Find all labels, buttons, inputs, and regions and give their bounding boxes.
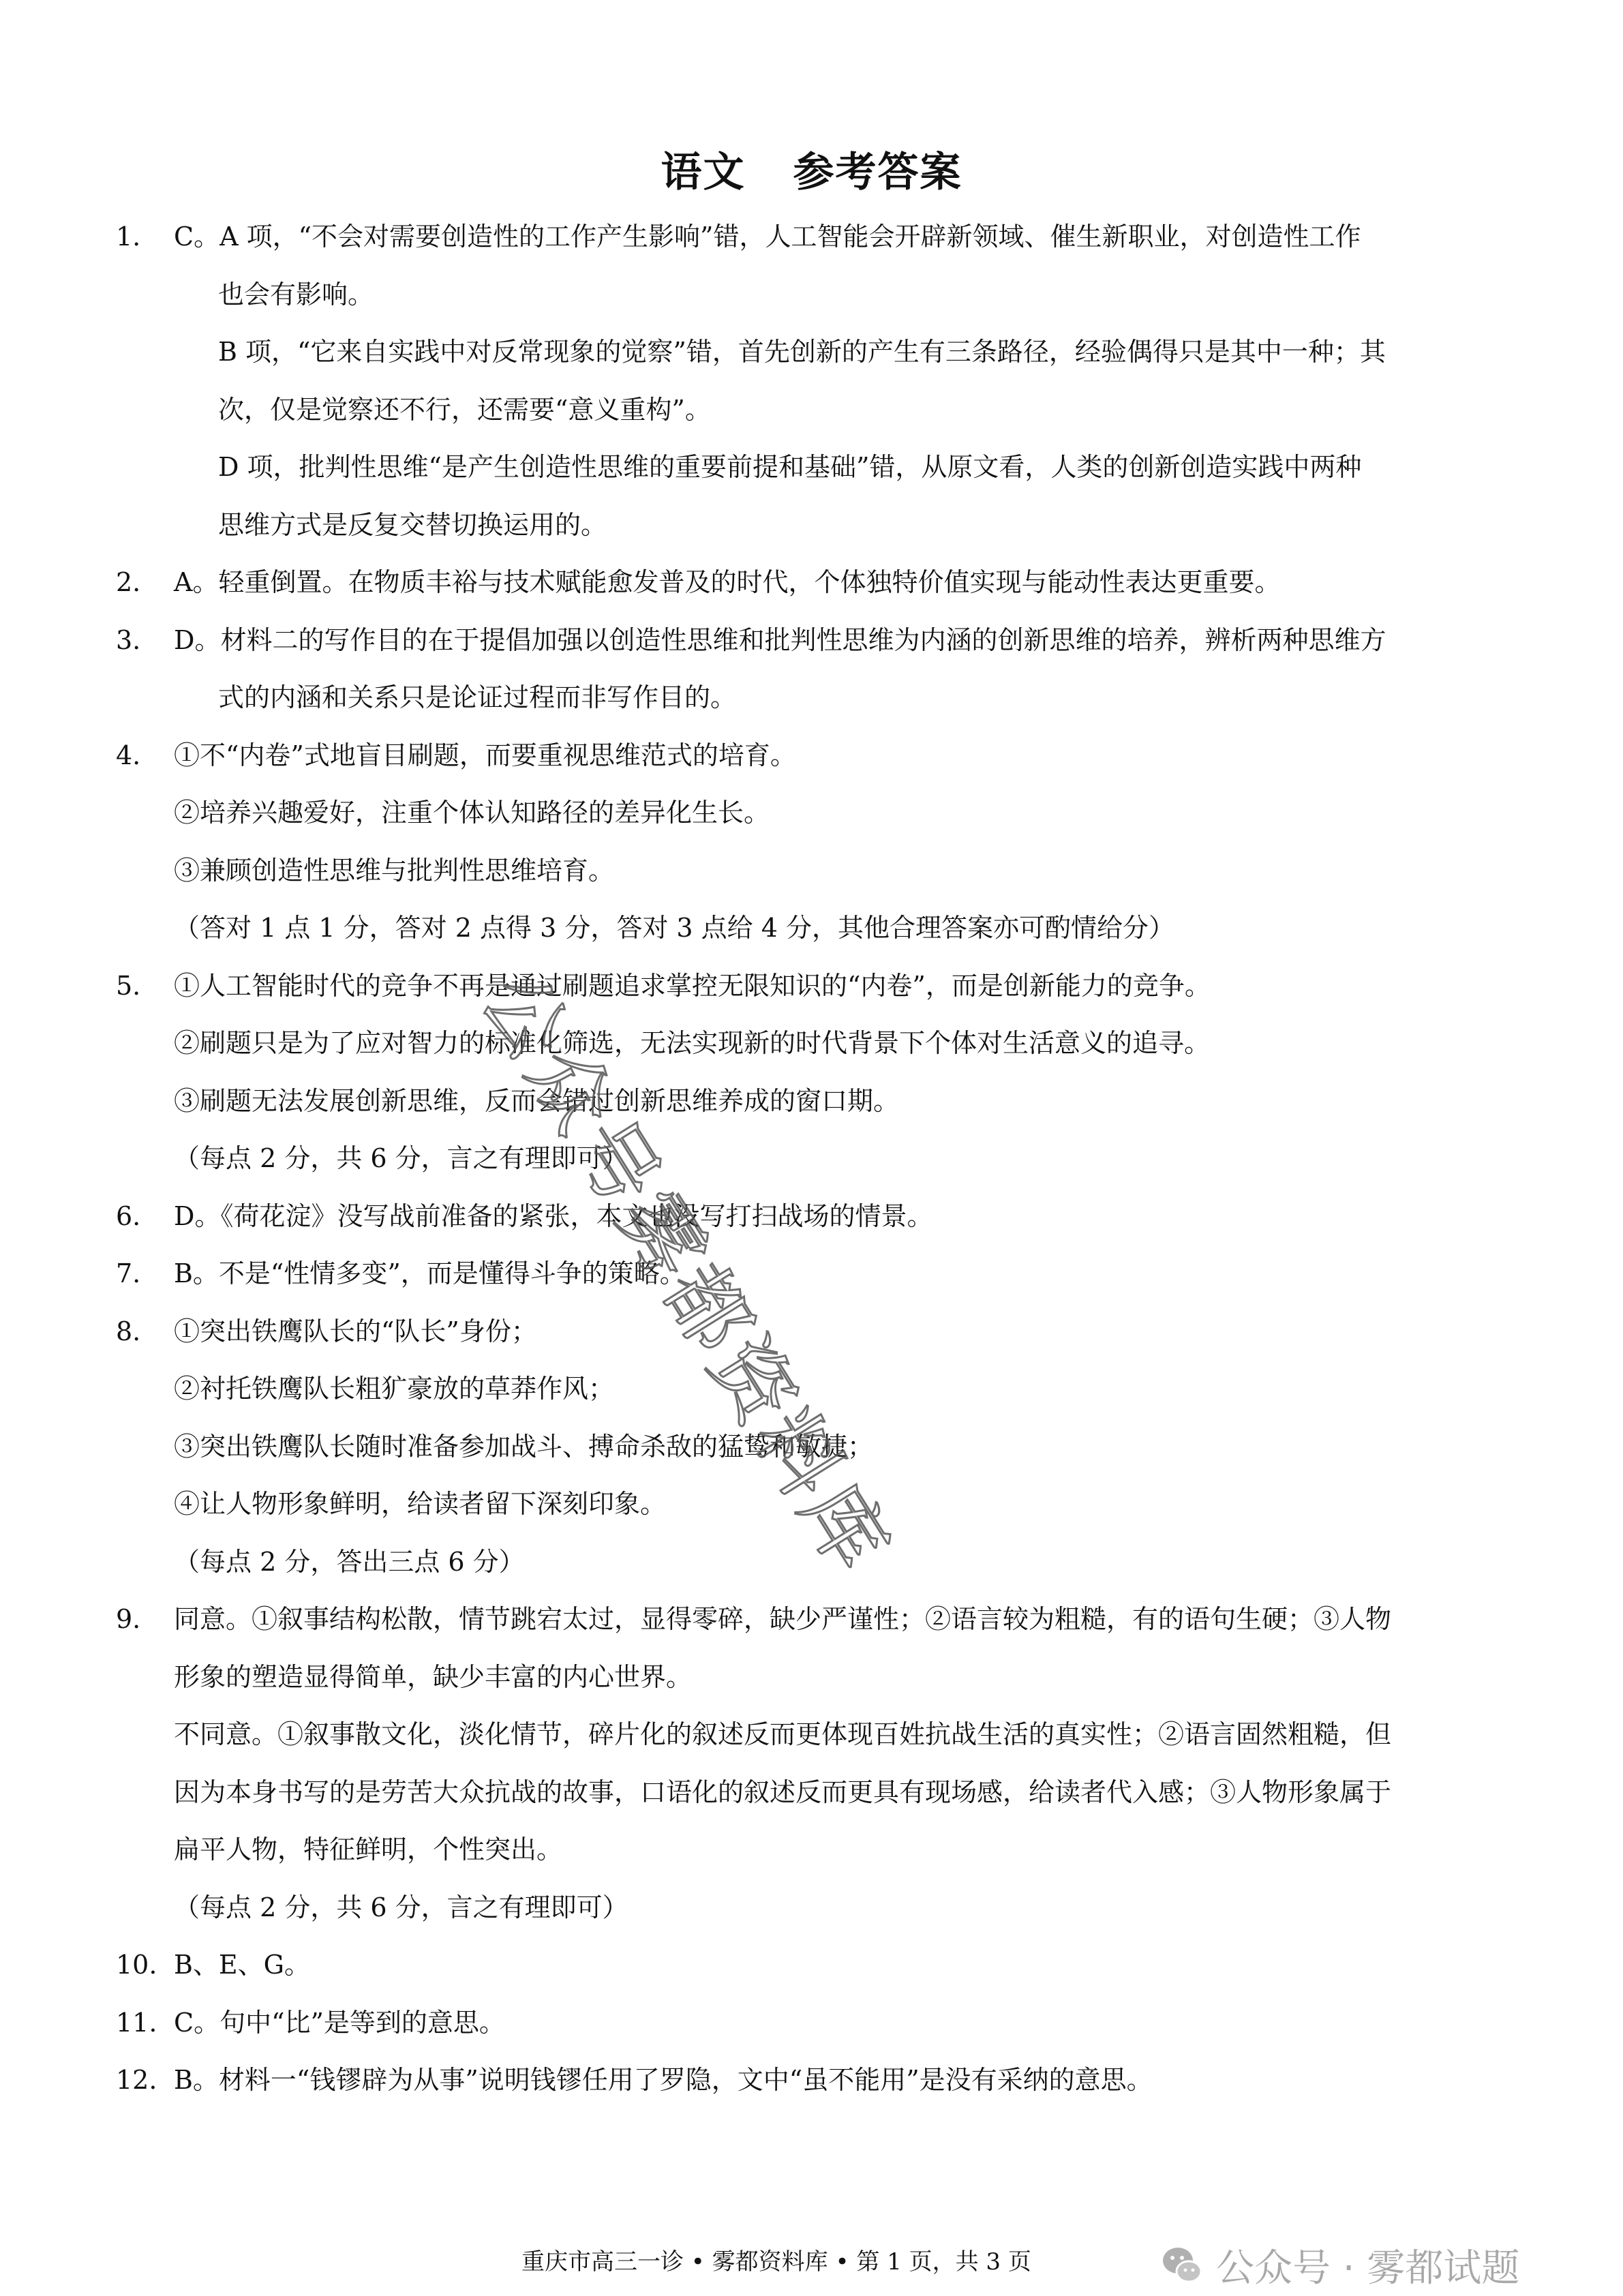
answer-text: 因为本身书写的是劳苦大众抗战的故事，口语化的叙述反而更具有现场感，给读者代入感；…: [174, 1764, 1391, 1822]
answer-text: ②刷题只是为了应对智力的标准化筛选，无法实现新的时代背景下个体对生活意义的追寻。: [174, 1014, 1210, 1072]
answer-line: 形象的塑造显得简单，缺少丰富的内心世界。: [116, 1648, 1520, 1706]
answer-text: D。《荷花淀》没写战前准备的紧张，本文也没写打扫战场的情景。: [174, 1188, 932, 1245]
answer-text: ①人工智能时代的竞争不再是通过刷题追求掌控无限知识的“内卷”，而是创新能力的竞争…: [174, 957, 1211, 1015]
answer-text: B。不是“性情多变”，而是懂得斗争的策略。: [174, 1245, 686, 1303]
wechat-icon: [1159, 2241, 1207, 2289]
answer-line: 4.①不“内卷”式地盲目刷题，而要重视思维范式的培育。: [116, 727, 1520, 785]
answer-line: ③兼顾创造性思维与批判性思维培育。: [116, 842, 1520, 900]
answer-line: 6.D。《荷花淀》没写战前准备的紧张，本文也没写打扫战场的情景。: [116, 1188, 1520, 1245]
answer-line: 式的内涵和关系只是论证过程而非写作目的。: [116, 669, 1520, 727]
answer-text: C。A 项，“不会对需要创造性的工作产生影响”错，人工智能会开辟新领域、催生新职…: [174, 208, 1361, 266]
answer-list: 1.C。A 项，“不会对需要创造性的工作产生影响”错，人工智能会开辟新领域、催生…: [116, 208, 1520, 2109]
answer-line: （每点 2 分，共 6 分，言之有理即可）: [116, 1879, 1520, 1937]
brand-text: 公众号 · 雾都试题: [1216, 2238, 1519, 2293]
answer-text: C。句中“比”是等到的意思。: [174, 1994, 505, 2052]
answer-number: 9.: [116, 1590, 174, 1648]
answer-number: 11.: [116, 1994, 174, 2052]
answer-text: A。轻重倒置。在物质丰裕与技术赋能愈发普及的时代，个体独特价值实现与能动性表达更…: [174, 554, 1280, 611]
answer-line: 因为本身书写的是劳苦大众抗战的故事，口语化的叙述反而更具有现场感，给读者代入感；…: [116, 1764, 1520, 1822]
answer-line: 2.A。轻重倒置。在物质丰裕与技术赋能愈发普及的时代，个体独特价值实现与能动性表…: [116, 554, 1520, 611]
answer-text: D。材料二的写作目的在于提倡加强以创造性思维和批判性思维为内涵的创新思维的培养，…: [174, 611, 1386, 669]
answer-text: 次，仅是觉察还不行，还需要“意义重构”。: [218, 381, 711, 439]
answer-line: 1.C。A 项，“不会对需要创造性的工作产生影响”错，人工智能会开辟新领域、催生…: [116, 208, 1520, 266]
answer-text: 思维方式是反复交替切换运用的。: [218, 496, 607, 554]
answer-text: 不同意。①叙事散文化，淡化情节，碎片化的叙述反而更体现百姓抗战生活的真实性；②语…: [174, 1706, 1391, 1764]
answer-line: ②刷题只是为了应对智力的标准化筛选，无法实现新的时代背景下个体对生活意义的追寻。: [116, 1014, 1520, 1072]
answer-line: 12.B。材料一“钱镠辟为从事”说明钱镠任用了罗隐，文中“虽不能用”是没有采纳的…: [116, 2051, 1520, 2109]
answer-text: ②培养兴趣爱好，注重个体认知路径的差异化生长。: [174, 784, 770, 842]
answer-line: 9.同意。①叙事结构松散，情节跳宕太过，显得零碎，缺少严谨性；②语言较为粗糙，有…: [116, 1590, 1520, 1648]
answer-line: （每点 2 分，共 6 分，言之有理即可）: [116, 1130, 1520, 1188]
answer-line: 5.①人工智能时代的竞争不再是通过刷题追求掌控无限知识的“内卷”，而是创新能力的…: [116, 957, 1520, 1015]
answer-line: ②培养兴趣爱好，注重个体认知路径的差异化生长。: [116, 784, 1520, 842]
answer-line: 11.C。句中“比”是等到的意思。: [116, 1994, 1520, 2052]
answer-line: 次，仅是觉察还不行，还需要“意义重构”。: [116, 381, 1520, 439]
title-subject: 语文: [661, 149, 746, 196]
footer-page-info: 重庆市高三一诊 • 雾都资料库 • 第 1 页，共 3 页: [521, 2241, 1031, 2282]
answer-number: 6.: [116, 1188, 174, 1245]
answer-line: 8.①突出铁鹰队长的“队长”身份；: [116, 1303, 1520, 1361]
answer-line: 10.B、E、G。: [116, 1936, 1520, 1994]
page-title: 语文参考答案: [0, 140, 1623, 198]
answer-text: 式的内涵和关系只是论证过程而非写作目的。: [218, 669, 736, 727]
answer-line: （答对 1 点 1 分，答对 2 点得 3 分，答对 3 点给 4 分，其他合理…: [116, 899, 1520, 957]
answer-text: ②衬托铁鹰队长粗犷豪放的草莽作风；: [174, 1360, 614, 1418]
answer-number: 5.: [116, 957, 174, 1015]
page-footer: 重庆市高三一诊 • 雾都资料库 • 第 1 页，共 3 页 公众号 · 雾都试题: [0, 2241, 1623, 2282]
title-label: 参考答案: [793, 149, 962, 196]
answer-text: （答对 1 点 1 分，答对 2 点得 3 分，答对 3 点给 4 分，其他合理…: [174, 899, 1174, 957]
answer-line: 扁平人物，特征鲜明，个性突出。: [116, 1821, 1520, 1879]
answer-line: 思维方式是反复交替切换运用的。: [116, 496, 1520, 554]
answer-number: 3.: [116, 611, 174, 669]
answer-text: ①突出铁鹰队长的“队长”身份；: [174, 1303, 537, 1361]
answer-text: ④让人物形象鲜明，给读者留下深刻印象。: [174, 1475, 666, 1533]
answer-text: 同意。①叙事结构松散，情节跳宕太过，显得零碎，缺少严谨性；②语言较为粗糙，有的语…: [174, 1590, 1391, 1648]
answer-line: D 项，批判性思维“是产生创造性思维的重要前提和基础”错，从原文看，人类的创新创…: [116, 438, 1520, 496]
answer-text: 也会有影响。: [218, 266, 374, 324]
answer-text: （每点 2 分，共 6 分，言之有理即可）: [174, 1879, 628, 1937]
answer-number: 10.: [116, 1936, 174, 1994]
answer-line: 3.D。材料二的写作目的在于提倡加强以创造性思维和批判性思维为内涵的创新思维的培…: [116, 611, 1520, 669]
answer-text: B 项，“它来自实践中对反常现象的觉察”错，首先创新的产生有三条路径，经验偶得只…: [218, 323, 1386, 381]
answer-text: B。材料一“钱镠辟为从事”说明钱镠任用了罗隐，文中“虽不能用”是没有采纳的意思。: [174, 2051, 1153, 2109]
answer-number: 1.: [116, 208, 174, 266]
answer-text: ①不“内卷”式地盲目刷题，而要重视思维范式的培育。: [174, 727, 796, 785]
answer-line: 7.B。不是“性情多变”，而是懂得斗争的策略。: [116, 1245, 1520, 1303]
answer-line: B 项，“它来自实践中对反常现象的觉察”错，首先创新的产生有三条路径，经验偶得只…: [116, 323, 1520, 381]
answer-number: 8.: [116, 1303, 174, 1361]
answer-number: 7.: [116, 1245, 174, 1303]
answer-text: （每点 2 分，答出三点 6 分）: [174, 1533, 525, 1591]
answer-number: 2.: [116, 554, 174, 611]
answer-text: B、E、G。: [174, 1936, 310, 1994]
wechat-brand-watermark: 公众号 · 雾都试题: [1159, 2241, 1519, 2289]
answer-number: 12.: [116, 2051, 174, 2109]
answer-text: D 项，批判性思维“是产生创造性思维的重要前提和基础”错，从原文看，人类的创新创…: [218, 438, 1361, 496]
answer-text: 形象的塑造显得简单，缺少丰富的内心世界。: [174, 1648, 692, 1706]
answer-text: ③兼顾创造性思维与批判性思维培育。: [174, 842, 614, 900]
answer-number: 4.: [116, 727, 174, 785]
answer-line: 不同意。①叙事散文化，淡化情节，碎片化的叙述反而更体现百姓抗战生活的真实性；②语…: [116, 1706, 1520, 1764]
answer-text: 扁平人物，特征鲜明，个性突出。: [174, 1821, 562, 1879]
answer-line: ③刷题无法发展创新思维，反而会错过创新思维养成的窗口期。: [116, 1072, 1520, 1130]
answer-line: 也会有影响。: [116, 266, 1520, 324]
